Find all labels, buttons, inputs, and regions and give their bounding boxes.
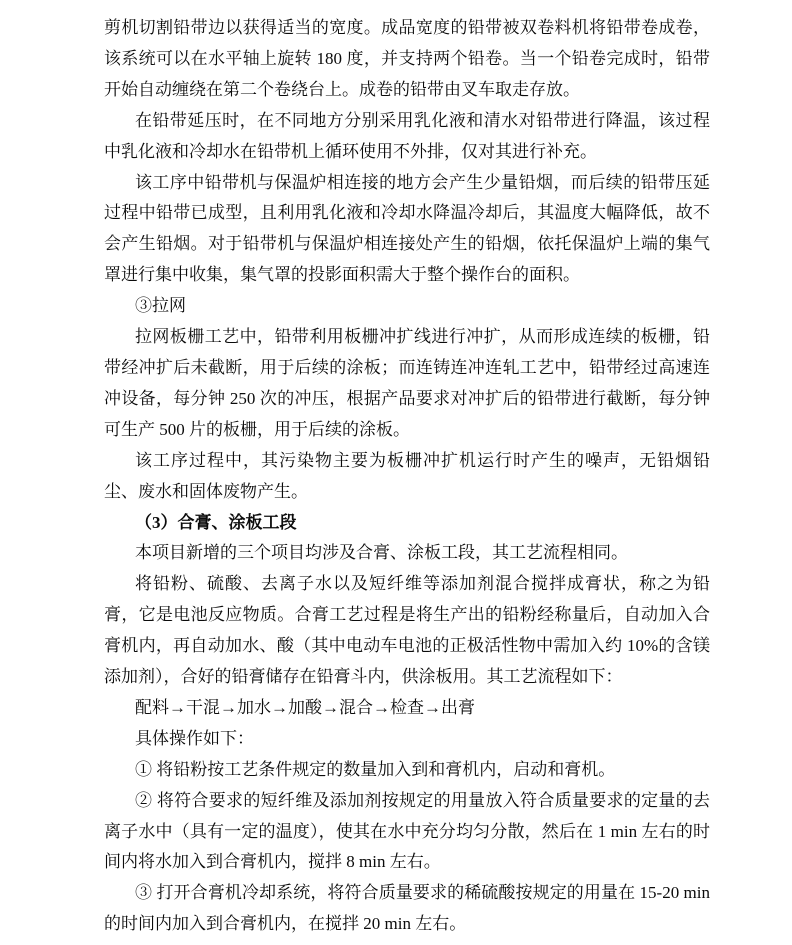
para-expanding-mesh-pollutants: 该工序过程中，其污染物主要为板栅冲扩机运行时产生的噪声，无铅烟铅尘、废水和固体废… (104, 446, 710, 508)
para-operation-step-2: ② 将符合要求的短纤维及添加剂按规定的用量放入符合质量要求的定量的去离子水中（具… (104, 786, 710, 879)
para-projects-involved: 本项目新增的三个项目均涉及合膏、涂板工段，其工艺流程相同。 (104, 538, 710, 569)
para-strip-cooling: 在铅带延压时，在不同地方分别采用乳化液和清水对铅带进行降温，该过程中乳化液和冷却… (104, 106, 710, 168)
para-strip-cutting-coiling: 剪机切割铅带边以获得适当的宽度。成品宽度的铅带被双卷料机将铅带卷成卷，该系统可以… (104, 13, 710, 106)
para-lead-fume-collection: 该工序中铅带机与保温炉相连接的地方会产生少量铅烟，而后续的铅带压延过程中铅带已成… (104, 168, 710, 292)
para-process-flow-sequence: 配料→干混→加水→加酸→混合→检查→出膏 (104, 693, 710, 724)
para-operation-intro: 具体操作如下： (104, 724, 710, 755)
subheading-expanding-mesh: ③拉网 (104, 291, 710, 322)
para-expanding-mesh-process: 拉网板栅工艺中，铅带利用板栅冲扩线进行冲扩，从而形成连续的板栅，铅带经冲扩后未截… (104, 322, 710, 446)
para-operation-step-1: ① 将铅粉按工艺条件规定的数量加入到和膏机内，启动和膏机。 (104, 755, 710, 786)
para-paste-mixing-description: 将铅粉、硫酸、去离子水以及短纤维等添加剂混合搅拌成膏状，称之为铅膏，它是电池反应… (104, 569, 710, 693)
para-operation-step-3: ③ 打开合膏机冷却系统，将符合质量要求的稀硫酸按规定的用量在 15-20 min… (104, 878, 710, 940)
heading-paste-mixing-plate-coating-section: （3）合膏、涂板工段 (104, 508, 710, 539)
document-page: 剪机切割铅带边以获得适当的宽度。成品宽度的铅带被双卷料机将铅带卷成卷，该系统可以… (0, 0, 792, 945)
